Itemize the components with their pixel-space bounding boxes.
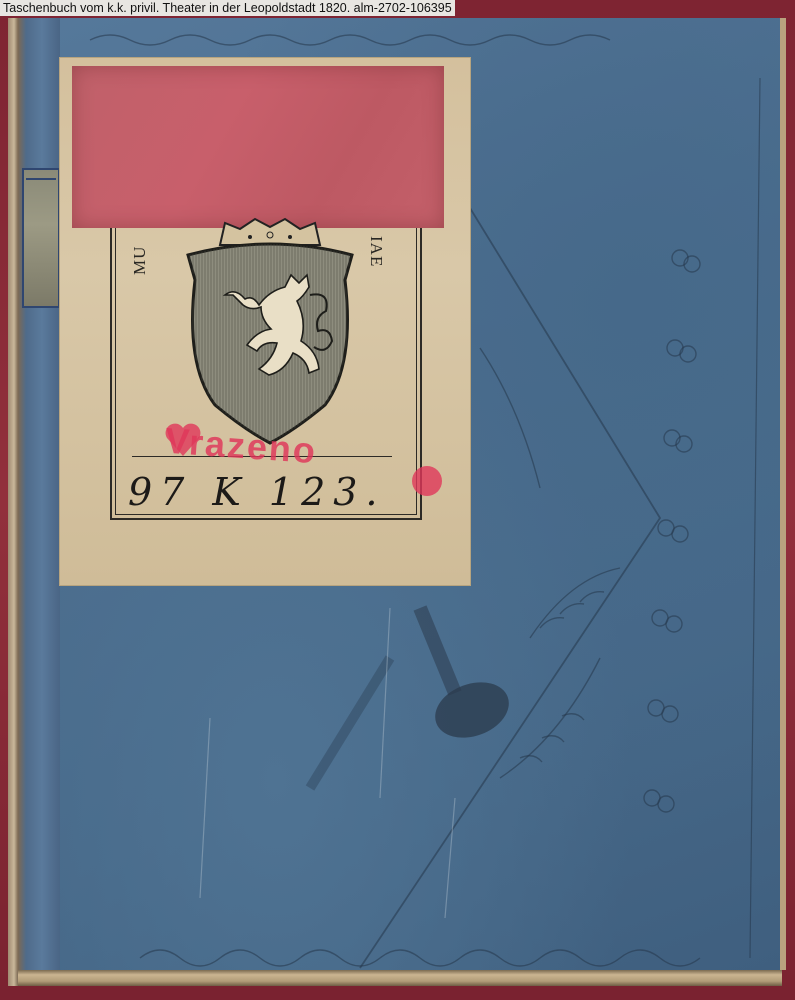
spine-label: [22, 168, 60, 308]
book-spine: [8, 18, 68, 986]
stamp-dot: [412, 466, 442, 496]
book-bottom-edge: [18, 970, 782, 986]
inscription-right: IAE: [366, 236, 386, 267]
shelfmark: 97 K 123.: [128, 470, 386, 514]
coat-of-arms-icon: [180, 215, 360, 450]
image-caption: Taschenbuch vom k.k. privil. Theater in …: [0, 0, 455, 16]
heart-icon: [163, 420, 203, 460]
red-paper-strip: [72, 66, 444, 228]
inscription-left: MU: [130, 246, 150, 275]
